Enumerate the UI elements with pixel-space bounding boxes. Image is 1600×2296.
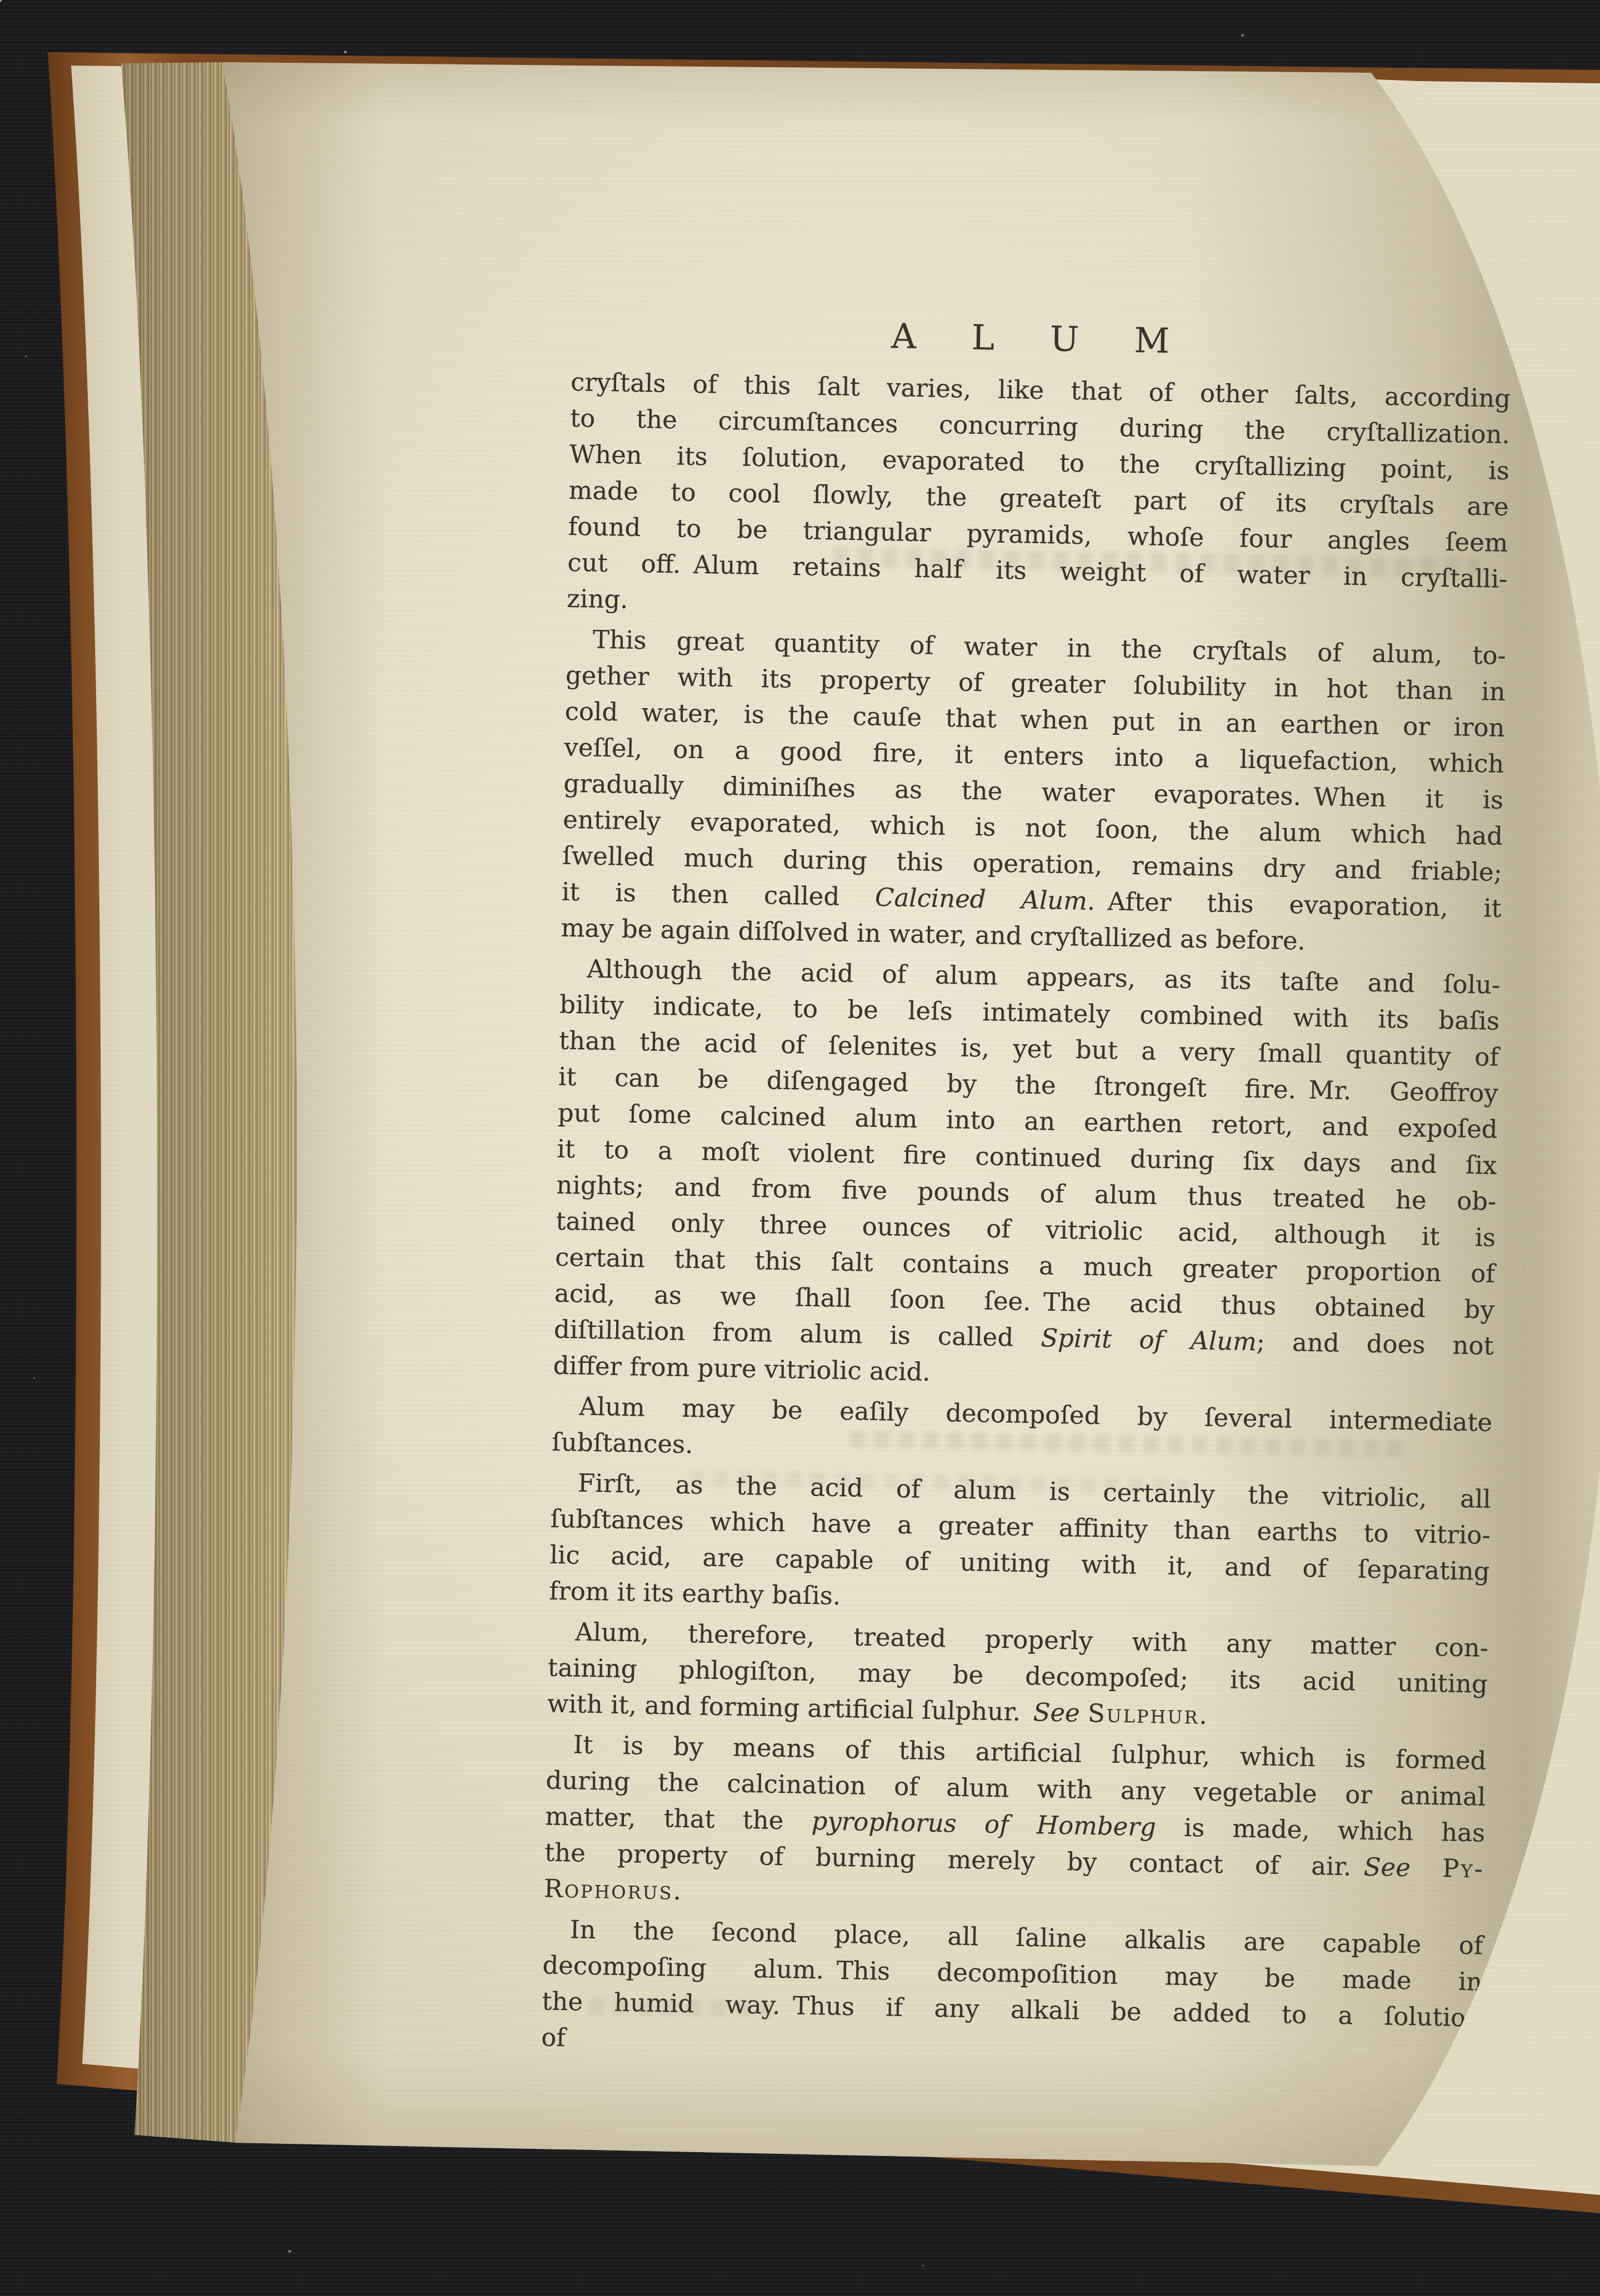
small-caps-text: Sulphur.	[1088, 1698, 1209, 1730]
paragraph: Alum, therefore, treated properly with a…	[547, 1613, 1488, 1738]
italic-text: pyrophorus of Homberg	[811, 1806, 1156, 1842]
text-segment: ; and does not	[1256, 1327, 1494, 1361]
body-text: cryſtals of this ſalt varies, like that …	[542, 364, 1511, 2036]
text-segment	[1410, 1853, 1442, 1883]
italic-text: See	[1033, 1697, 1080, 1727]
text-segment: it is then called	[562, 877, 876, 912]
small-caps-text: Rophorus.	[544, 1874, 683, 1906]
text-column: A L U M cryſtals of this ſalt varies, li…	[541, 299, 1512, 2072]
paragraph: It is by means of this artificial ſulphu…	[543, 1726, 1487, 1923]
text-segment: diſtillation from alum is called	[553, 1315, 1041, 1353]
paragraph: cryſtals of this ſalt varies, like that …	[567, 364, 1511, 633]
paragraph: This great quantity of water in the cryſ…	[561, 621, 1506, 962]
text-segment: is made, which has	[1156, 1812, 1485, 1848]
paragraph: Alum may be eaſily decompoſed by ſeveral…	[552, 1388, 1493, 1477]
italic-text: Spirit of Alum	[1041, 1323, 1257, 1356]
italic-text: See	[1363, 1852, 1411, 1882]
text-segment: differ from pure vitriolic acid.	[553, 1351, 931, 1387]
text-segment: ſubſtances.	[552, 1427, 693, 1460]
text-segment: matter, that the	[545, 1802, 812, 1836]
paragraph: Although the acid of alum appears, as it…	[553, 950, 1501, 1400]
small-caps-text: Py-	[1442, 1853, 1485, 1883]
paragraph: Firſt, as the acid of alum is certainly …	[549, 1465, 1491, 1626]
text-segment: . After this evaporation, it	[1087, 886, 1502, 923]
text-segment: from it its earthy baſis.	[549, 1576, 841, 1611]
text-segment: zing.	[567, 584, 628, 614]
photo-background: A L U M cryſtals of this ſalt varies, li…	[0, 0, 1600, 2296]
dust-specks	[0, 0, 2, 2]
text-segment: with it, and forming artificial ſulphur.	[547, 1689, 1033, 1727]
italic-text: Calcined Alum	[875, 883, 1088, 916]
text-segment	[1079, 1698, 1088, 1728]
paragraph: In the ſecond place, all ſaline alkalis …	[542, 1911, 1483, 2036]
